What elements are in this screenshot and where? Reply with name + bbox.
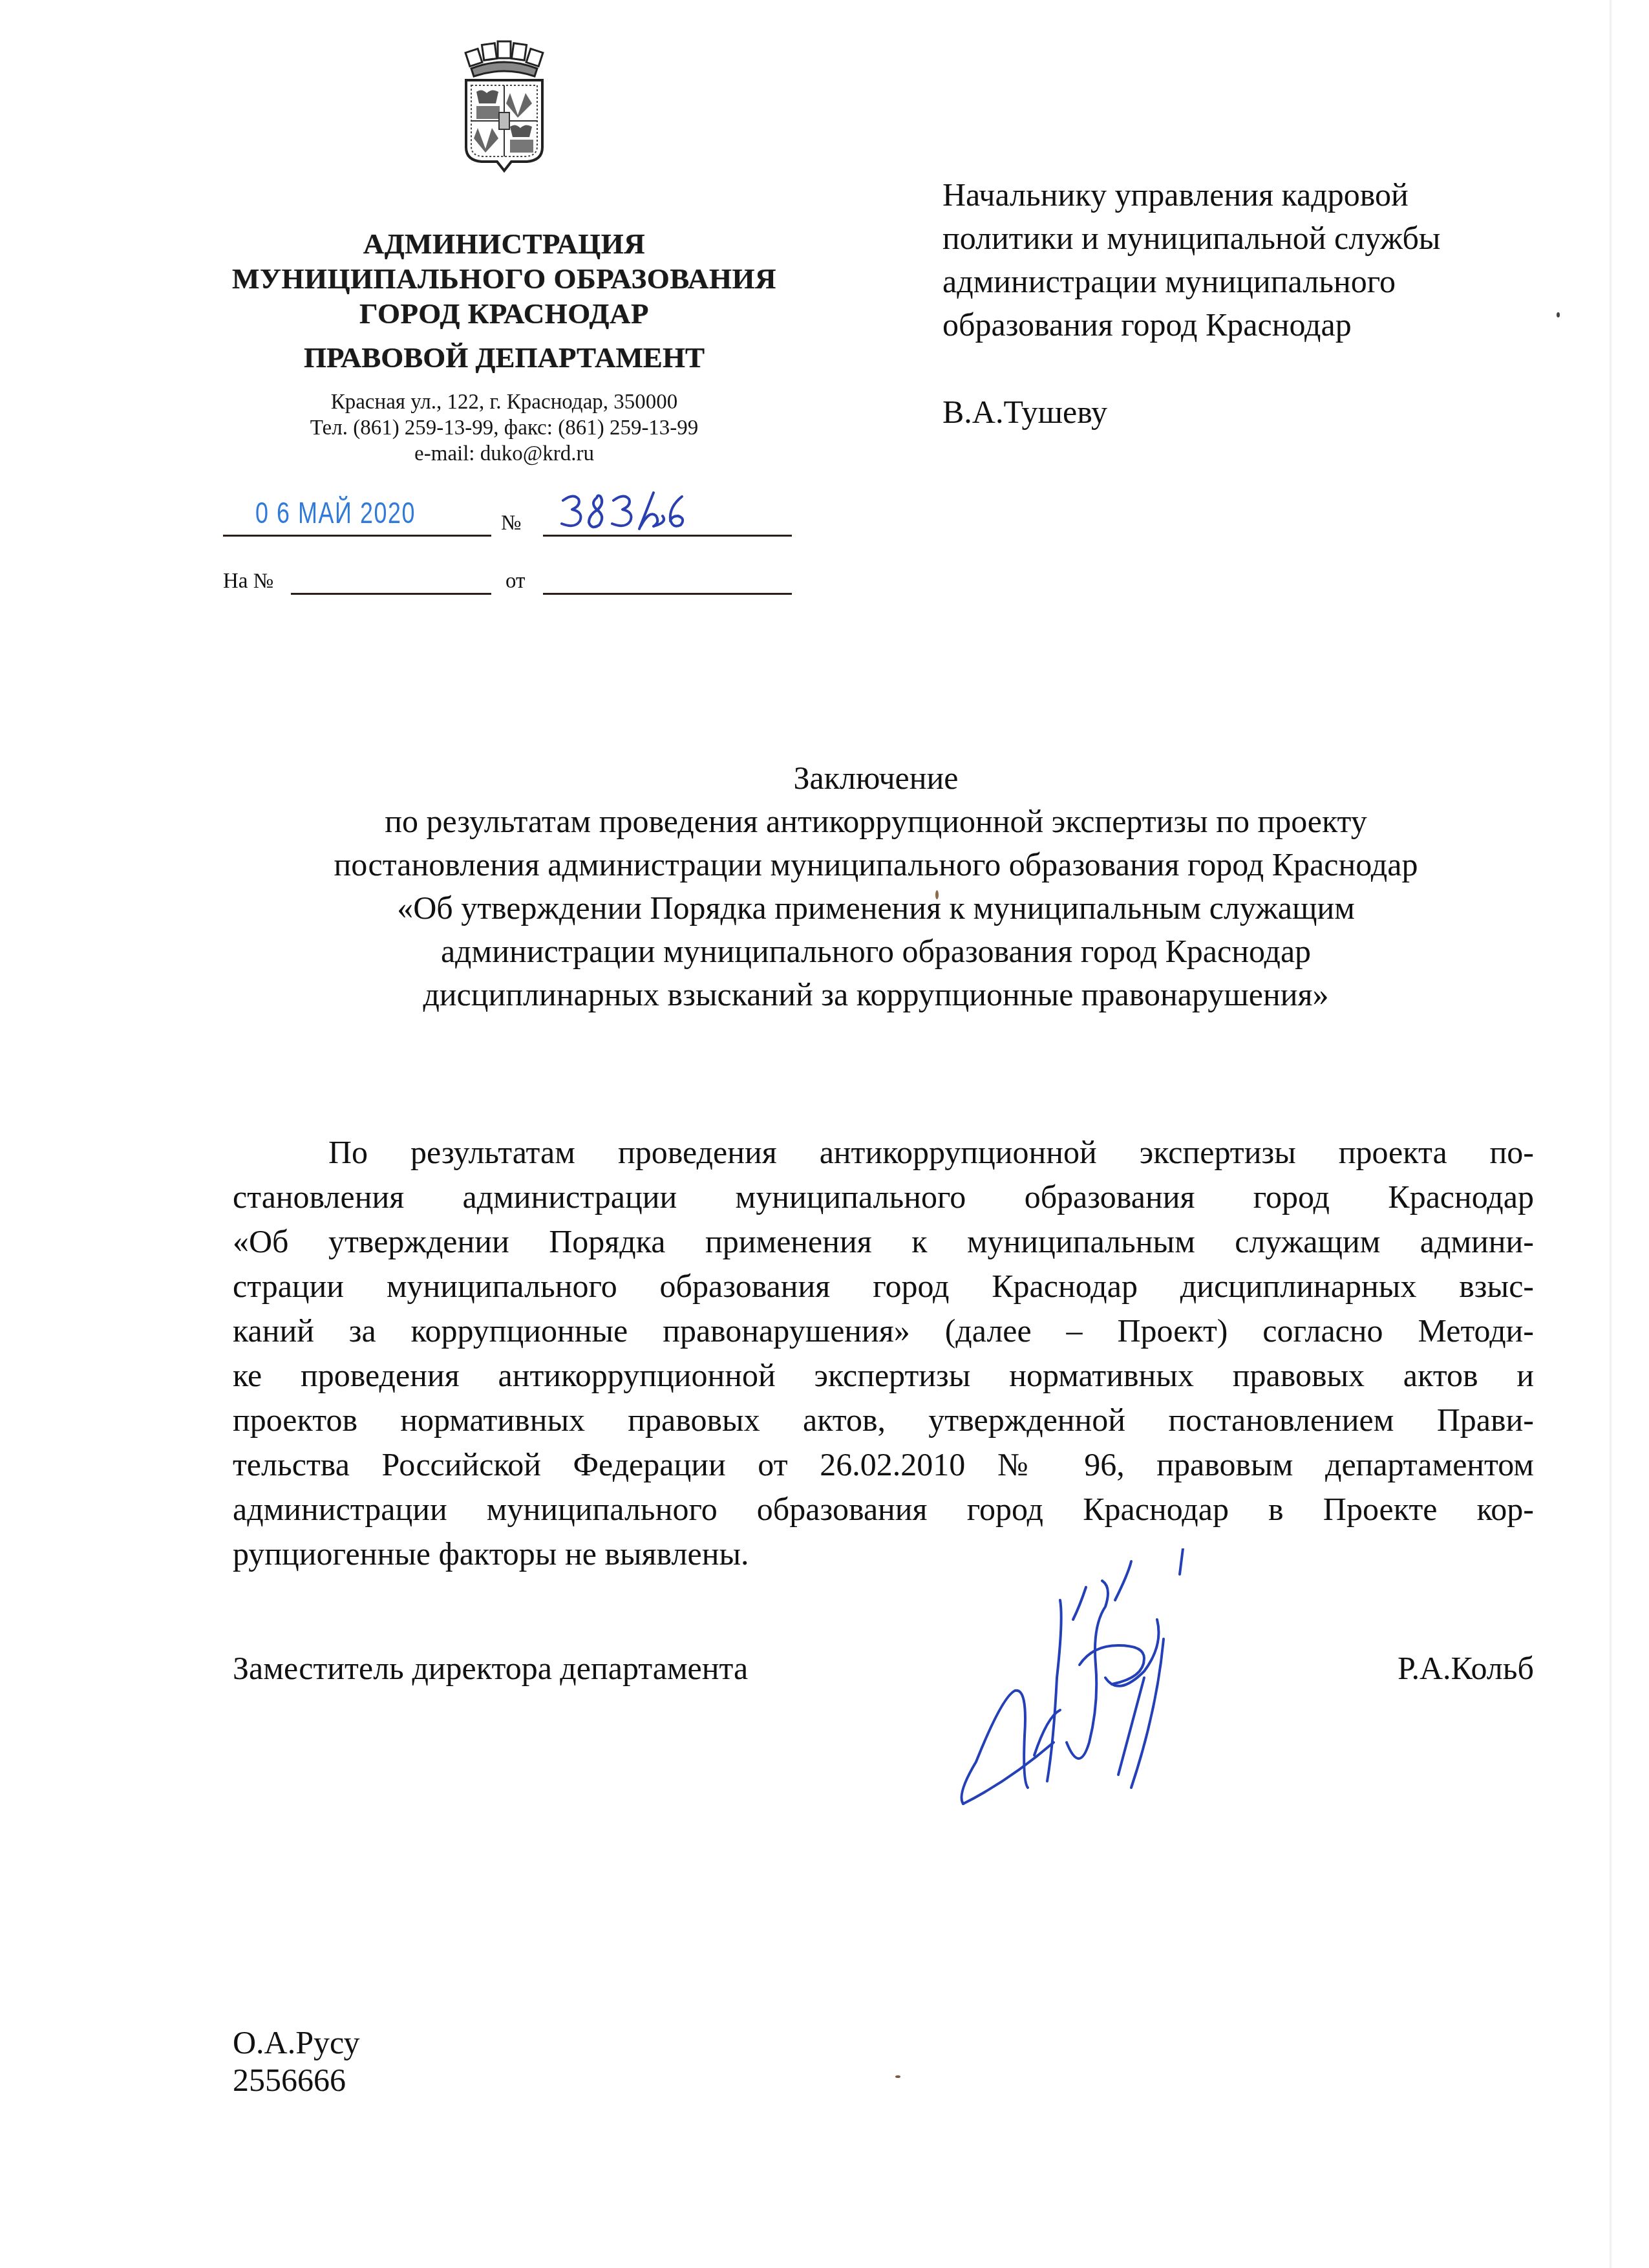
addressee-line: образования город Краснодар xyxy=(942,303,1557,347)
reply-number-line xyxy=(291,593,491,595)
title-line: дисциплинарных взысканий за коррупционны… xyxy=(213,973,1538,1016)
body-line: По результатам проведения антикоррупцион… xyxy=(233,1130,1534,1175)
executor-name: О.А.Русу xyxy=(233,2024,360,2061)
body-line: администрации муниципального образования… xyxy=(233,1487,1534,1532)
email: e-mail: duko@krd.ru xyxy=(213,441,795,467)
title-line: постановления администрации муниципально… xyxy=(213,843,1538,886)
scan-speck xyxy=(935,890,939,899)
phone-fax: Тел. (861) 259-13-99, факс: (861) 259-13… xyxy=(213,415,795,441)
letterhead: АДМИНИСТРАЦИЯ МУНИЦИПАЛЬНОГО ОБРАЗОВАНИЯ… xyxy=(213,39,795,467)
reply-to-label: На № xyxy=(223,570,273,594)
number-label: № xyxy=(501,511,522,535)
title-line: по результатам проведения антикоррупцион… xyxy=(213,800,1538,843)
number-line xyxy=(543,535,792,537)
signer-name: Р.А.Кольб xyxy=(1398,1645,1534,1691)
handwritten-signature-icon xyxy=(950,1548,1338,1820)
body-line: страции муниципального образования город… xyxy=(233,1264,1534,1309)
body-line: тельства Российской Федерации от 26.02.2… xyxy=(233,1442,1534,1487)
addressee-line: администрации муниципального xyxy=(942,260,1557,303)
scan-speck xyxy=(1557,312,1560,317)
body-line: ке проведения антикоррупционной эксперти… xyxy=(233,1353,1534,1398)
document-title: Заключение по результатам проведения ант… xyxy=(213,756,1538,1016)
department-name: ПРАВОВОЙ ДЕПАРТАМЕНТ xyxy=(213,340,795,375)
addressee-line: Начальнику управления кадровой xyxy=(942,173,1557,217)
scan-speck xyxy=(895,2075,900,2078)
org-name-line: ГОРОД КРАСНОДАР xyxy=(213,296,795,331)
org-name-line: АДМИНИСТРАЦИЯ xyxy=(213,226,795,261)
scan-edge xyxy=(1610,0,1612,2268)
title-line: «Об утверждении Порядка применения к мун… xyxy=(213,886,1538,930)
date-line xyxy=(223,535,491,537)
title-line: администрации муниципального образования… xyxy=(213,930,1538,973)
reply-registration: На № от xyxy=(223,556,792,595)
addressee-name: В.А.Тушеву xyxy=(942,390,1557,434)
handwritten-number-icon xyxy=(559,490,688,533)
body-paragraph: По результатам проведения антикоррупцион… xyxy=(233,1130,1534,1576)
address: Красная ул., 122, г. Краснодар, 350000 xyxy=(213,389,795,415)
body-line: проектов нормативных правовых актов, утв… xyxy=(233,1398,1534,1442)
coat-of-arms-icon xyxy=(462,39,546,175)
outgoing-registration: 0 6 МАЙ 2020 № xyxy=(223,498,792,537)
contacts: Красная ул., 122, г. Краснодар, 350000 Т… xyxy=(213,389,795,467)
body-line: «Об утверждении Порядка применения к мун… xyxy=(233,1219,1534,1264)
date-stamp: 0 6 МАЙ 2020 xyxy=(255,495,416,530)
body-line: становления администрации муниципального… xyxy=(233,1175,1534,1219)
org-name-line: МУНИЦИПАЛЬНОГО ОБРАЗОВАНИЯ xyxy=(213,261,795,296)
title-heading: Заключение xyxy=(213,756,1538,800)
executor-block: О.А.Русу 2556666 xyxy=(233,2024,360,2099)
body-line: рупциогенные факторы не выявлены. xyxy=(233,1532,1534,1576)
signature-row: Заместитель директора департамента Р.А.К… xyxy=(233,1645,1534,1691)
signer-position: Заместитель директора департамента xyxy=(233,1645,748,1691)
addressee-line: политики и муниципальной службы xyxy=(942,217,1557,260)
document-page: АДМИНИСТРАЦИЯ МУНИЦИПАЛЬНОГО ОБРАЗОВАНИЯ… xyxy=(0,0,1649,2268)
reply-from-label: от xyxy=(505,570,526,594)
body-line: каний за коррупционные правонарушения» (… xyxy=(233,1309,1534,1353)
addressee-block: Начальнику управления кадровой политики … xyxy=(942,173,1557,434)
executor-phone: 2556666 xyxy=(233,2061,360,2099)
reply-date-line xyxy=(543,593,792,595)
